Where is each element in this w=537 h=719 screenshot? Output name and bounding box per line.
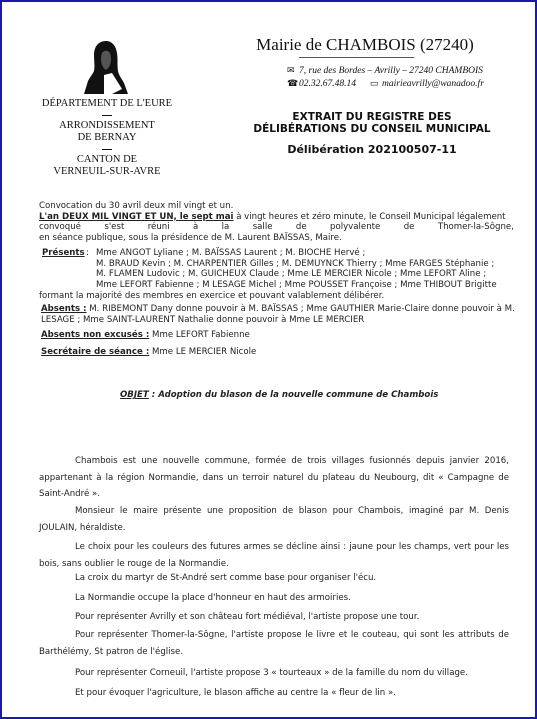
marianne-emblem-icon: [82, 39, 130, 94]
phone-icon: ☎: [287, 77, 299, 89]
paragraph-9: Et pour évoquer l'agriculture, le blason…: [75, 688, 396, 698]
presents-line: Mme ANGOT Lyliane ; M. BAÏSSAS Laurent ;…: [96, 248, 497, 259]
objet-label: OBJET: [120, 390, 149, 400]
objet-line: OBJET : Adoption du blason de la nouvell…: [120, 390, 438, 400]
presents-colon: :: [86, 248, 89, 259]
absents-line-2: LESAGE ; Mme SAINT-LAURENT Nathalie donn…: [41, 315, 364, 325]
title-rule: [299, 57, 414, 58]
phone-number: 02.32.67.48.14: [299, 79, 356, 89]
canton-label: CANTON DE: [27, 154, 187, 166]
opening-line-2: convoqués'estréuniàlasalledepolyvalented…: [39, 222, 514, 233]
objet-text: Adoption du blason de la nouvelle commun…: [158, 390, 438, 400]
secretaire-seance: Secrétaire de séance : Mme LE MERCIER Ni…: [41, 347, 256, 357]
phone-email-line: ☎02.32.67.48.14▭mairieavrilly@wanadoo.fr: [287, 77, 484, 90]
contact-block: ✉7, rue des Bordes – Avrilly – 27240 CHA…: [287, 64, 484, 90]
address-line: ✉7, rue des Bordes – Avrilly – 27240 CHA…: [287, 64, 484, 77]
opening-word: réuni: [148, 222, 170, 233]
paragraph-5: La Normandie occupe la place d'honneur e…: [75, 593, 351, 603]
departement-label: DÉPARTEMENT DE L'EURE: [27, 98, 187, 110]
secretaire-value: Mme LE MERCIER Nicole: [152, 347, 256, 357]
opening-line-3: en séance publique, sous la présidence d…: [39, 233, 514, 244]
objet-separator: :: [149, 390, 158, 400]
opening-word: de: [404, 222, 415, 233]
separator: [102, 115, 112, 116]
arrondissement-name: DE BERNAY: [27, 132, 187, 144]
mailbox-icon: ✉: [287, 64, 299, 76]
opening-word: Thomer-la-Sôgne,: [438, 222, 514, 233]
deliberation-number: Délibération 202100507-11: [247, 143, 497, 156]
arrondissement-label: ARRONDISSEMENT: [27, 120, 187, 132]
presents-line: M. BRAUD Kevin ; M. CHARPENTIER Gilles ;…: [96, 259, 497, 270]
presents-list: Mme ANGOT Lyliane ; M. BAÏSSAS Laurent ;…: [96, 248, 497, 291]
paragraph-1: Chambois est une nouvelle commune, formé…: [39, 453, 509, 503]
opening-word: à: [193, 222, 198, 233]
opening-word: convoqué: [39, 222, 81, 233]
extract-title-line-2: DÉLIBÉRATIONS DU CONSEIL MUNICIPAL: [247, 123, 497, 135]
paragraph-7: Pour représenter Thomer-la-Sôgne, l'arti…: [39, 627, 509, 660]
paragraph-4: La croix du martyr de St-André sert comm…: [75, 573, 376, 583]
absents-line-1: Absents : M. RIBEMONT Dany donne pouvoir…: [41, 304, 515, 314]
absents-non-excuses: Absents non excusés : Mme LEFORT Fabienn…: [41, 330, 250, 340]
absents-text-1: M. RIBEMONT Dany donne pouvoir à M. BAÏS…: [89, 304, 515, 314]
session-intro: Convocation du 30 avril deux mil vingt e…: [39, 201, 514, 243]
administrative-block: DÉPARTEMENT DE L'EURE ARRONDISSEMENT DE …: [27, 98, 187, 178]
separator: [102, 149, 112, 150]
presents-label: Présents: [42, 248, 85, 259]
paragraph-6: Pour représenter Avrilly et son château …: [75, 612, 419, 622]
address-text: 7, rue des Bordes – Avrilly – 27240 CHAM…: [299, 66, 483, 76]
extract-title-line-1: EXTRAIT DU REGISTRE DES: [247, 111, 497, 123]
absents-non-excuses-label: Absents non excusés :: [41, 330, 149, 340]
absents-label: Absents :: [41, 304, 87, 314]
opening-word: polyvalente: [330, 222, 380, 233]
document-page: DÉPARTEMENT DE L'EURE ARRONDISSEMENT DE …: [0, 0, 537, 719]
opening-line-1: L'an DEUX MIL VINGT ET UN, le sept mai à…: [39, 212, 514, 223]
opening-word: la: [222, 222, 230, 233]
presents-line: Mme LEFORT Fabienne ; M LESAGE Michel ; …: [96, 280, 497, 291]
canton-name: VERNEUIL-SUR-AVRE: [27, 166, 187, 178]
opening-word: s'est: [104, 222, 124, 233]
computer-icon: ▭: [370, 77, 382, 89]
paragraph-3: Le choix pour les couleurs des futures a…: [39, 539, 509, 572]
opening-word: de: [296, 222, 307, 233]
email-address[interactable]: mairieavrilly@wanadoo.fr: [382, 79, 484, 89]
opening-rest: à vingt heures et zéro minute, le Consei…: [236, 212, 505, 222]
register-extract-title: EXTRAIT DU REGISTRE DES DÉLIBÉRATIONS DU…: [247, 111, 497, 135]
mairie-title: Mairie de CHAMBOIS (27240): [245, 35, 485, 55]
session-date: L'an DEUX MIL VINGT ET UN, le sept mai: [39, 212, 233, 222]
opening-word: salle: [253, 222, 273, 233]
paragraph-2: Monsieur le maire présente une propositi…: [39, 503, 509, 536]
convocation-line: Convocation du 30 avril deux mil vingt e…: [39, 201, 514, 212]
presents-line: M. FLAMEN Ludovic ; M. GUICHEUX Claude ;…: [96, 269, 497, 280]
secretaire-label: Secrétaire de séance :: [41, 347, 149, 357]
paragraph-8: Pour représenter Corneuil, l'artiste pro…: [75, 668, 468, 678]
quorum-statement: formant la majorité des membres en exerc…: [39, 291, 384, 302]
absents-non-excuses-value: Mme LEFORT Fabienne: [152, 330, 250, 340]
